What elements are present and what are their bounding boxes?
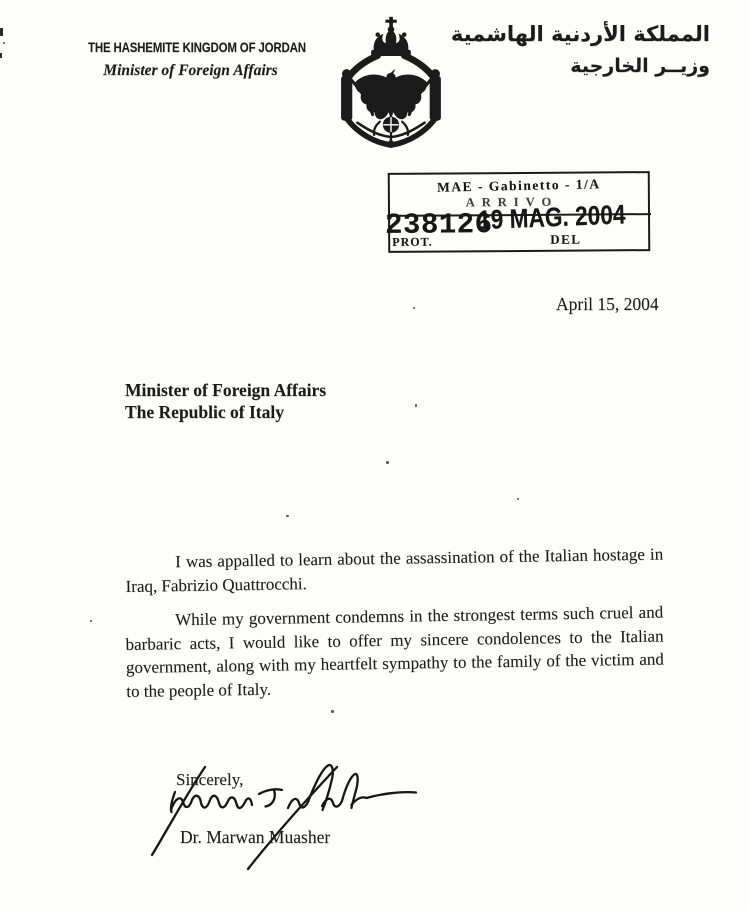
scan-speck — [3, 42, 5, 44]
signer-name: Dr. Marwan Muasher — [180, 827, 330, 848]
scan-edge-mark — [0, 28, 3, 36]
scan-edge-mark — [0, 53, 2, 58]
letterhead-kingdom-title: THE HASHEMITE KINGDOM OF JORDAN — [88, 40, 262, 55]
arrival-stamp: MAE - Gabinetto - 1/A ARRIVO 238126 19 M… — [388, 171, 651, 253]
jordan-coat-of-arms-icon — [337, 16, 447, 148]
letterhead-arabic: المملكة الأردنية الهاشمية وزيــر الخارجي… — [451, 22, 710, 77]
recipient-country: The Republic of Italy — [125, 402, 326, 424]
scan-speck — [90, 620, 92, 622]
letterhead-english: THE HASHEMITE KINGDOM OF JORDAN Minister… — [88, 40, 293, 80]
stamp-prot-label: PROT. — [392, 235, 433, 250]
stamp-del-label: DEL — [550, 232, 581, 248]
scan-speck — [517, 498, 519, 500]
body-paragraph-2: While my government condemns in the stro… — [125, 601, 664, 703]
recipient-title: Minister of Foreign Affairs — [125, 380, 326, 402]
stamp-date: 19 MAG. 2004 — [478, 201, 626, 234]
letterhead-arabic-minister: وزيــر الخارجية — [509, 55, 710, 77]
scan-speck — [331, 710, 334, 713]
scan-speck — [286, 515, 289, 517]
recipient-address: Minister of Foreign Affairs The Republic… — [125, 380, 326, 423]
signature-handwriting-icon — [118, 748, 430, 876]
scan-speck — [415, 404, 417, 407]
scan-speck — [413, 307, 415, 309]
letterhead-arabic-kingdom: المملكة الأردنية الهاشمية — [451, 22, 710, 46]
letterhead-minister-title: Minister of Foreign Affairs — [88, 62, 293, 80]
scan-speck — [386, 461, 389, 464]
body-paragraph-1: I was appalled to learn about the assass… — [125, 543, 664, 598]
letter-date: April 15, 2004 — [556, 294, 659, 315]
scanned-letter-page: THE HASHEMITE KINGDOM OF JORDAN Minister… — [0, 0, 750, 911]
